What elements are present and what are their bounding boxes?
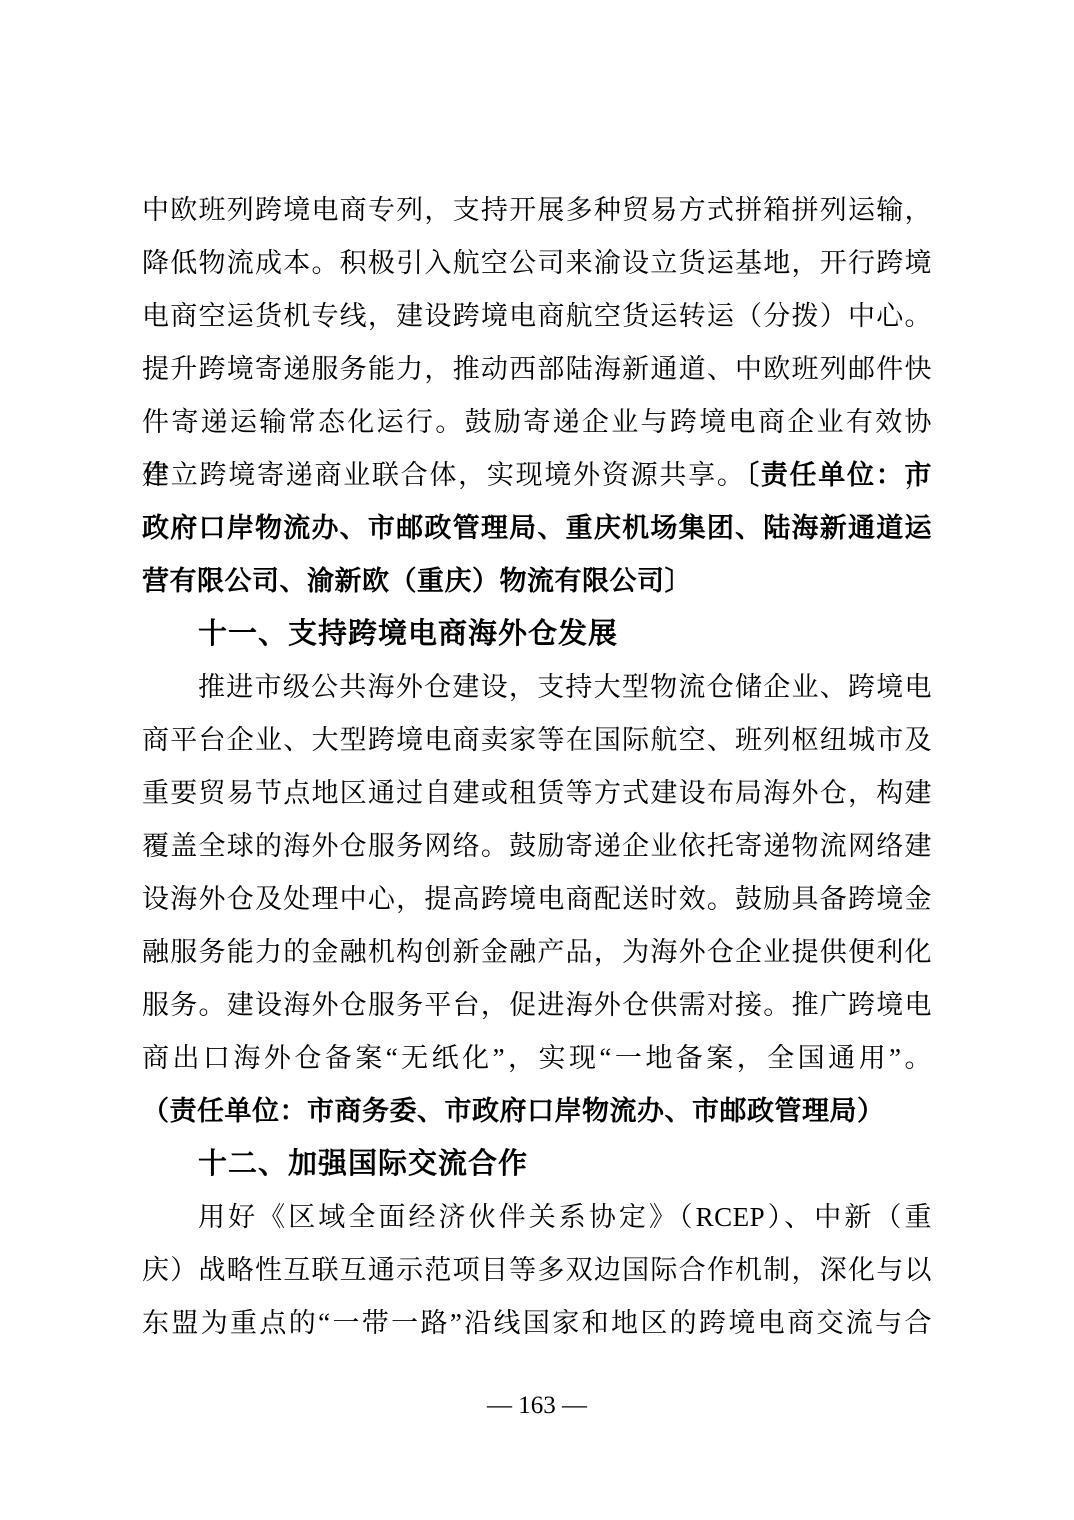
text-line: 设海外仓及处理中心，提高跨境电商配送时效。鼓励具备跨境金 [142, 873, 932, 926]
text-line: 覆盖全球的海外仓服务网络。鼓励寄递企业依托寄递物流网络建 [142, 820, 932, 873]
responsible-units-text: （责任单位：市商务委、市政府口岸物流办、市邮政管理局） [142, 1096, 885, 1126]
section-heading-11: 十一、支持跨境电商海外仓发展 [142, 608, 932, 661]
section-heading-12: 十二、加强国际交流合作 [142, 1138, 932, 1191]
document-page: 中欧班列跨境电商专列，支持开展多种贸易方式拼箱拼列运输， 降低物流成本。积极引入… [0, 0, 1074, 1520]
text-line: 件寄递运输常态化运行。鼓励寄递企业与跨境电商企业有效协作， [142, 396, 932, 449]
page-number: — 163 — [0, 1390, 1074, 1422]
text-line: 东盟为重点的“一带一路”沿线国家和地区的跨境电商交流与合 [142, 1297, 932, 1350]
text-line: 营有限公司、渝新欧（重庆）物流有限公司〕 [142, 555, 932, 608]
document-body: 中欧班列跨境电商专列，支持开展多种贸易方式拼箱拼列运输， 降低物流成本。积极引入… [142, 184, 932, 1350]
text-line: 政府口岸物流办、市邮政管理局、重庆机场集团、陆海新通道运 [142, 502, 932, 555]
text-line: 推进市级公共海外仓建设，支持大型物流仓储企业、跨境电 [142, 661, 932, 714]
text-line: 中欧班列跨境电商专列，支持开展多种贸易方式拼箱拼列运输， [142, 184, 932, 237]
text-line: 用好《区域全面经济伙伴关系协定》（RCEP）、中新（重 [142, 1191, 932, 1244]
text-line: 融服务能力的金融机构创新金融产品，为海外仓企业提供便利化 [142, 926, 932, 979]
body-text: 建立跨境寄递商业联合体，实现境外资源共享。 [142, 460, 746, 490]
text-line: 建立跨境寄递商业联合体，实现境外资源共享。〔责任单位：市 [142, 449, 932, 502]
text-line: 提升跨境寄递服务能力，推动西部陆海新通道、中欧班列邮件快 [142, 343, 932, 396]
text-line: 重要贸易节点地区通过自建或租赁等方式建设布局海外仓，构建 [142, 767, 932, 820]
text-line: 服务。建设海外仓服务平台，促进海外仓供需对接。推广跨境电 [142, 979, 932, 1032]
responsible-units-text: 政府口岸物流办、市邮政管理局、重庆机场集团、陆海新通道运 [142, 513, 932, 543]
text-line: （责任单位：市商务委、市政府口岸物流办、市邮政管理局） [142, 1085, 932, 1138]
text-line: 商平台企业、大型跨境电商卖家等在国际航空、班列枢纽城市及 [142, 714, 932, 767]
text-line: 电商空运货机专线，建设跨境电商航空货运转运（分拨）中心。 [142, 290, 932, 343]
responsible-units-text: 〔责任单位：市 [746, 460, 932, 490]
responsible-units-text: 营有限公司、渝新欧（重庆）物流有限公司〕 [142, 566, 692, 596]
text-line: 降低物流成本。积极引入航空公司来渝设立货运基地，开行跨境 [142, 237, 932, 290]
text-line: 庆）战略性互联互通示范项目等多双边国际合作机制，深化与以 [142, 1244, 932, 1297]
text-line: 商出口海外仓备案“无纸化”，实现“一地备案，全国通用”。 [142, 1032, 932, 1085]
